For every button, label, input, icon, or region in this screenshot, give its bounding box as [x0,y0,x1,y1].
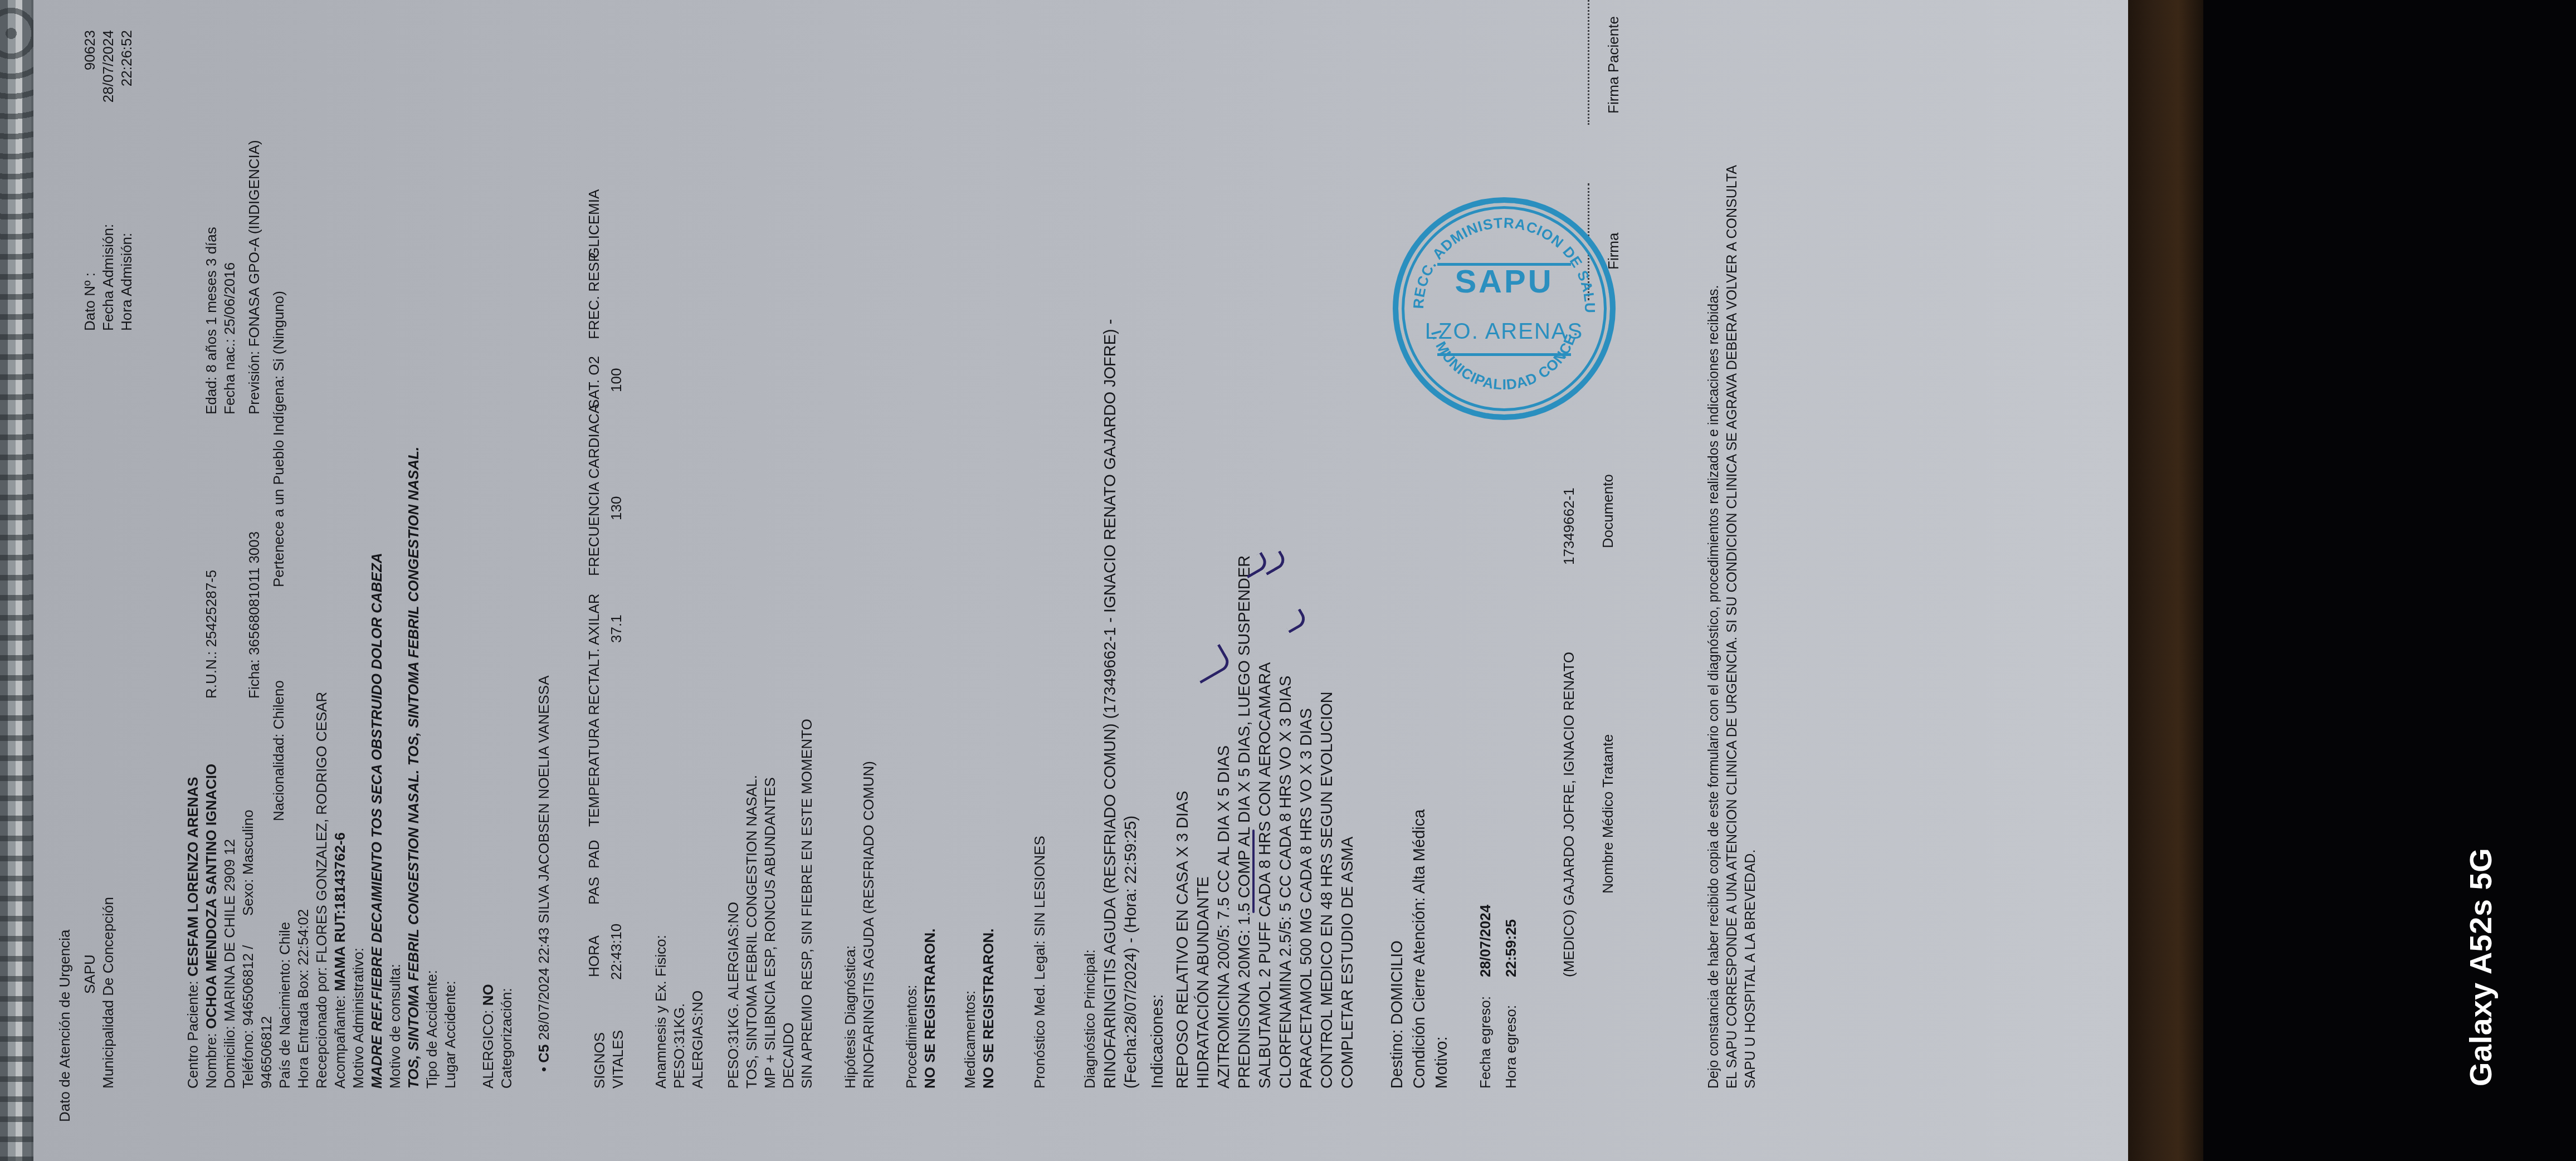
hora-entrada-box: Hora Entrada Box: 22:54:02 [294,909,313,1089]
medicamentos: NO SE REGISTRARON. [979,929,998,1089]
pais-nacimiento: País de Nacimiento: Chile [276,922,294,1089]
motivo-admin: MADRE REF.FIEBRE DECAIMIENTO TOS SECA OB… [368,553,386,1089]
hora-egreso: 22:59:25 [1502,919,1520,977]
nombre: Nombre: OCHOA MENDOZA SANTINO IGNACIO [202,764,221,1089]
destino: Destino: DOMICILIO [1387,940,1408,1089]
service-name: SAPU [81,954,99,994]
firma-paciente-line [1588,0,1589,125]
fecha-egreso: 28/07/2024 [1476,905,1495,977]
exam-line: SIN APREMIO RESP, SIN FIEBRE EN ESTE MOM… [798,719,816,1089]
indicacion-item: CLORFENAMINA 2.5/5: 5 CC CADA 8 HRS VO X… [1276,676,1296,1089]
recepcionado-por: Recepcionado por: FLORES GONZALEZ, RODRI… [313,692,331,1089]
doc-title: Dato de Atención de Urgencia [56,930,74,1122]
handwritten-check-icon [1188,644,1232,684]
centro-paciente: Centro Paciente: CESFAM LORENZO ARENAS [184,777,202,1089]
fecha-admision-label: Fecha Admisión: [99,224,118,331]
pronostico: Pronóstico Med. Legal: SIN LESIONES [1031,836,1049,1089]
medico-label: Nombre Médico Tratante [1599,734,1617,894]
firma-paciente-label: Firma Paciente [1604,16,1623,114]
exam-line: TOS, SINTOMA FEBRIL CONGESTION NASAL. [743,775,761,1089]
fecha-nacimiento: Fecha nac.: 25/06/2016 [221,262,239,414]
indicacion-item: AZITROMICINA 200/5: 7.5 CC AL DIA X 5 DI… [1214,745,1235,1089]
handwritten-underline [1252,830,1255,913]
sexo: Sexo: Masculino [239,809,257,916]
motivo-consulta: TOS, SINTOMA FEBRIL CONGESTION NASAL. TO… [404,447,423,1089]
acompanante: Acompañante: MAMA RUT:18143762-6 [331,832,349,1089]
fecha-egreso-label: Fecha egreso: [1476,996,1495,1089]
categorizacion-label: Categorización: [497,988,516,1089]
indicacion-item: PREDNISONA 20MG: 1.5 COMP AL DIA X 5 DIA… [1235,555,1255,1089]
telefono-2: 946506812 [257,1016,276,1089]
vitals-values: 22:43:10 37.1 130 100 [607,0,626,1161]
hipotesis-label: Hipótesis Diagnóstica: [841,945,860,1089]
municipality: Municipalidad De Concepción [99,897,118,1089]
dark-background [2203,0,2576,1161]
prevision: Previsión: FONASA GPO-A (INDIGENCIA) [245,140,264,414]
ficha: Ficha: 36568081011 3003 [245,531,264,699]
categorizacion: • C5 28/07/2024 22:43 SILVA JACOBSEN NOE… [535,675,553,1072]
stamp-ring-text: DIRECC. ADMINISTRACION DE SALUD I. MUNIC… [1398,203,1610,414]
indicacion-item: CONTROL MEDICO EN 48 HRS SEGUN EVOLUCION [1317,691,1338,1089]
sapu-stamp: SAPU LZO. ARENAS DIRECC. ADMINISTRACION … [1393,197,1616,420]
vitals-headers: HORA PAS PAD TEMPERATURA RECTAL T. AXILA… [585,0,603,1161]
indicacion-item: HIDRATACIÓN ABUNDANTE [1193,876,1214,1089]
indicacion-item: PARACETAMOL 500 MG CADA 8 HRS VO X 3 DIA… [1296,708,1317,1089]
edad: Edad: 8 años 1 meses 3 días [202,227,221,414]
lugar-accidente-label: Lugar Accidente: [441,980,460,1089]
tipo-accidente-label: Tipo de Accidente: [423,970,441,1089]
hipotesis: RINOFARINGITIS AGUDA (RESFRIADO COMUN) [860,761,878,1089]
diagnostico-fecha: (Fecha:28/07/2024) - (Hora: 22:59:25) [1121,816,1141,1089]
anamnesis-line: PESO:31KG. [670,1003,689,1089]
exam-line: MP + SILIBNCIA ESP, RONCUS ABUNDANTES [761,777,779,1089]
handwritten-check-icon [1281,608,1308,633]
exam-line: PESO:31KG. ALERGIAS:NO [724,902,743,1089]
footer-line-1: Dejo constancia de haber recibido copia … [1705,285,1723,1089]
hora-egreso-label: Hora egreso: [1502,1005,1520,1089]
alergico: ALERGICO: NO [479,984,497,1089]
condicion-cierre: Condición Cierre Atención: Alta Médica [1409,809,1430,1089]
dato-no-label: Dato Nº : [81,272,99,331]
pueblo-indigena: Pertenece a un Pueblo Indígena: Si (Ning… [270,291,288,587]
dato-no: 90623 [81,30,99,136]
fecha-admision: 28/07/2024 [99,30,118,136]
indicacion-item: COMPLETAR ESTUDIO DE ASMA [1338,837,1358,1089]
hora-admision: 22:26:52 [118,30,136,136]
indicacion-item: REPOSO RELATIVO EN CASA X 3 DIAS [1173,791,1193,1089]
telefono: Teléfono: 946506812 / [239,945,257,1089]
svg-text:I. MUNICIPALIDAD CONCE.: I. MUNICIPALIDAD CONCE. [1428,329,1580,393]
procedimientos-label: Procedimientos: [902,985,921,1089]
nacionalidad: Nacionalidad: Chileno [270,680,288,821]
procedimientos: NO SE REGISTRARON. [921,929,939,1089]
domicilio: Domicilio: MARINA DE CHILE 2909 12 [221,839,239,1089]
motivo-admin-label: Motivo Administrativo: [349,948,368,1089]
camera-watermark: Galaxy A52s 5G [2462,848,2499,1086]
handwritten-check-icon [1260,550,1288,575]
document-page: Dato de Atención de Urgencia SAPU Munici… [33,0,2128,1161]
documento-medico: 17349662-1 [1560,487,1578,565]
exam-line: DECAIDO [779,1023,798,1089]
anamnesis-line: ALERGIAS:NO [689,991,707,1089]
motivo-consulta-label: Motivo de consulta: [386,964,404,1089]
hora-admision-label: Hora Admisión: [118,233,136,331]
footer-line-2: EL SAPU CORRESPONDE A UNA ATENCION CLINI… [1723,165,1741,1089]
diagnostico-label: Diagnóstico Principal: [1081,949,1099,1089]
diagnostico-principal: RINOFARINGITIS AGUDA (RESFRIADO COMUN) (… [1100,319,1121,1089]
motivo-label: Motivo: [1432,1037,1452,1089]
indicacion-item: SALBUTAMOL 2 PUFF CADA 8 HRS CON AEROCAM… [1255,662,1276,1089]
footer-line-3: SAPU U HOSPITAL A LA BREVEDAD. [1741,850,1760,1089]
table-edge [2120,0,2203,1161]
run: R.U.N.: 25425287-5 [202,570,221,699]
documento-label: Documento [1599,474,1617,548]
medicamentos-label: Medicamentos: [961,991,979,1089]
medico-tratante: (MEDICO) GAJARDO JOFRE, IGNACIO RENATO [1560,652,1578,977]
svg-text:DIRECC. ADMINISTRACION DE SALU: DIRECC. ADMINISTRACION DE SALUD [1398,203,1598,314]
anamnesis-label: Anamnesis y Ex. Fisico: [652,935,670,1089]
indicaciones-label: Indicaciones: [1148,994,1168,1089]
